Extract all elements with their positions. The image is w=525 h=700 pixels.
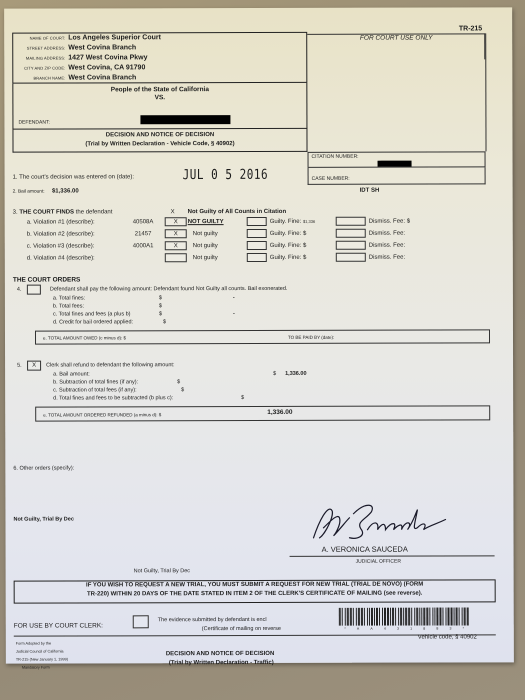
- guilty-checkbox[interactable]: [247, 253, 267, 262]
- court-info-label: CITY AND ZIP CODE:: [13, 63, 68, 73]
- court-orders-heading: THE COURT ORDERS: [13, 276, 81, 283]
- order-line-label: d. Credit for bail ordered applied:: [53, 319, 133, 325]
- defendant-label: DEFENDANT:: [18, 120, 49, 126]
- total-refunded-label: e. TOTAL AMOUNT ORDERED REFUNDED (a minu…: [43, 412, 161, 417]
- order-line-dollar: $: [241, 395, 244, 401]
- item5-label: Clerk shall refund to defendant the foll…: [46, 362, 174, 368]
- dismiss-checkbox[interactable]: [336, 217, 366, 226]
- order-line-dollar: $: [273, 371, 276, 377]
- court-info-value: 1427 West Covina Pkwy: [68, 53, 147, 63]
- court-form-page: TR-215 NAME OF COURT:Los Angeles Superio…: [4, 7, 514, 663]
- court-info-label: BRANCH NAME:: [13, 73, 68, 83]
- court-use-only-border: [485, 33, 486, 151]
- violation-code: 21457: [135, 231, 152, 237]
- versus-label: VS.: [12, 94, 307, 102]
- vehicle-code-ref: Vehicle code, § 40902: [418, 634, 477, 640]
- evidence-note: The evidence submitted by defendant is e…: [158, 617, 267, 623]
- dismiss-fee-label: Dismiss. Fee:: [369, 243, 405, 249]
- certificate-note: (Certificate of mailing on reverse: [202, 626, 281, 632]
- order-line-dollar: $: [159, 295, 162, 301]
- dismiss-checkbox[interactable]: [336, 241, 366, 250]
- judge-signature: [305, 499, 455, 549]
- citation-number-redacted: [378, 161, 412, 167]
- barcode-char: *: [463, 626, 464, 630]
- new-trial-notice-line1: IF YOU WISH TO REQUEST A NEW TRIAL, YOU …: [14, 581, 496, 588]
- footer-subtitle: (Trial by Written Declaration - Traffic): [169, 660, 274, 666]
- bail-amount-label: 2. Bail amount:: [13, 190, 45, 195]
- court-finds-heading: 3. THE COURT FINDS the defendant: [13, 209, 113, 215]
- order-line-label: d. Total fines and fees to be subtracted…: [53, 395, 173, 401]
- not-guilty-checkbox[interactable]: X: [165, 229, 187, 238]
- order-line-value: -: [233, 311, 235, 317]
- plaintiff-name: People of the State of California: [12, 86, 307, 94]
- not-guilty-checkbox[interactable]: X: [165, 241, 187, 250]
- court-info-label: STREET ADDRESS:: [13, 43, 68, 53]
- case-number-label: CASE NUMBER:: [312, 176, 350, 182]
- dismiss-fee-label: Dismiss. Fee:: [369, 231, 405, 237]
- court-clerk-label: FOR USE BY COURT CLERK:: [14, 622, 103, 629]
- not-guilty-label: NOT GUILTY: [188, 219, 224, 225]
- guilty-fine-value: $1,336: [303, 219, 315, 224]
- violation-label: d. Violation #4 (describe):: [27, 255, 95, 261]
- judge-name: A. VERONICA SAUCEDA: [322, 545, 408, 554]
- judge-title: JUDICIAL OFFICER: [356, 559, 401, 565]
- item5-checkbox[interactable]: X: [27, 361, 41, 371]
- violation-label: a. Violation #1 (describe):: [27, 219, 95, 225]
- barcode-char: 1: [410, 627, 412, 631]
- barcode-char: A: [370, 627, 372, 631]
- order-line-dollar: $: [177, 379, 180, 385]
- order-line-dollar: $: [159, 311, 162, 317]
- form-subtitle: (Trial by Written Declaration - Vehicle …: [12, 141, 307, 148]
- guilty-checkbox[interactable]: [247, 217, 267, 226]
- order-line-dollar: $: [181, 387, 184, 393]
- guilty-fine-label: Guilty. Fine: $: [270, 243, 307, 249]
- court-info-box: NAME OF COURT:Los Angeles Superior Court…: [12, 32, 307, 84]
- decision-date-stamp: JUL 0 5 2016: [183, 166, 269, 182]
- barcode-image: [339, 607, 470, 625]
- item4-prefix: 4.: [17, 287, 22, 293]
- violation-code: 40508A: [133, 219, 154, 225]
- guilty-fine-label: Guilty. Fine: $: [270, 231, 307, 237]
- item4-label: Defendant shall pay the following amount…: [50, 286, 288, 293]
- violation-code: 4000A1: [133, 243, 154, 249]
- case-code: IDT SH: [360, 188, 380, 194]
- guilty-checkbox[interactable]: [247, 229, 267, 238]
- barcode-text: *AA431883*: [339, 626, 470, 630]
- order-line-label: b. Total fees:: [53, 303, 84, 309]
- order-line-dollar: $: [159, 303, 162, 309]
- guilty-fine-label: Guilty. Fine: $: [270, 255, 307, 261]
- barcode-char: 4: [384, 627, 386, 631]
- court-use-only-label: FOR COURT USE ONLY: [307, 34, 485, 41]
- court-info-value: West Covina, CA 91790: [68, 63, 145, 73]
- guilty-fine-label: Guilty. Fine: $1,336: [270, 219, 315, 225]
- barcode-char: 8: [423, 627, 425, 631]
- total-refunded-value: 1,336.00: [267, 409, 292, 416]
- disposition-note-secondary: Not Guilty, Trial By Dec: [134, 568, 190, 574]
- not-guilty-label: Not guilty: [193, 243, 218, 249]
- adopted-line3: TR-215 (New January 1, 1999): [16, 658, 68, 662]
- item5-lines: a. Bail amount: $ 1,336.00 b. Subtractio…: [4, 7, 512, 8]
- dismiss-fee-label: Dismiss. Fee:: [369, 255, 405, 261]
- barcode-char: 3: [397, 627, 399, 631]
- order-line-dollar: $: [163, 319, 166, 325]
- decision-date-label: 1. The court's decision was entered on (…: [13, 174, 134, 180]
- order-line-label: c. Total fines and fees (a plus b): [53, 311, 131, 317]
- other-orders-label: 6. Other orders (specify):: [13, 465, 74, 471]
- order-line-label: c. Subtraction of total fees (if any):: [53, 387, 136, 393]
- dismiss-fee-label: Dismiss. Fee: $: [369, 219, 410, 225]
- signature-line: [290, 555, 495, 557]
- court-info-value: West Covina Branch: [68, 73, 136, 83]
- not-guilty-checkbox[interactable]: [165, 253, 187, 262]
- violation-label: b. Violation #2 (describe):: [27, 231, 95, 237]
- violations-list: a. Violation #1 (describe): 40508A X NOT…: [4, 7, 512, 8]
- item5-prefix: 5.: [17, 363, 22, 369]
- order-line-label: a. Total fines:: [53, 295, 85, 301]
- dismiss-checkbox[interactable]: [336, 229, 366, 238]
- not-guilty-label: Not guilty: [193, 231, 218, 237]
- adopted-line2: Judicial Council of California: [16, 650, 64, 654]
- court-info-value: Los Angeles Superior Court: [68, 33, 161, 43]
- defendant-name-redacted: [140, 115, 230, 124]
- dismiss-checkbox[interactable]: [336, 253, 366, 262]
- disposition-note: Not Guilty, Trial By Dec: [13, 516, 73, 522]
- all-counts-label: Not Guilty of All Counts in Citation: [188, 209, 286, 215]
- violation-label: c. Violation #3 (describe):: [27, 243, 95, 249]
- order-line-value: 1,336.00: [285, 371, 306, 377]
- not-guilty-label: Not guilty: [193, 255, 218, 261]
- item4-lines: a. Total fines: $ - b. Total fees: $ c. …: [4, 7, 512, 8]
- form-title: DECISION AND NOTICE OF DECISION: [12, 132, 307, 139]
- barcode-char: 8: [436, 627, 438, 631]
- not-guilty-checkbox[interactable]: X: [165, 217, 187, 226]
- court-info-value: West Covina Branch: [68, 43, 136, 53]
- citation-number-label: CITATION NUMBER:: [312, 154, 359, 160]
- barcode-char: A: [357, 627, 359, 631]
- court-info-label: NAME OF COURT:: [13, 33, 68, 43]
- all-counts-mark: X: [171, 209, 175, 215]
- guilty-checkbox[interactable]: [247, 241, 267, 250]
- bail-amount-row: 2. Bail amount: $1,336.00: [13, 188, 79, 194]
- order-line-label: a. Bail amount:: [53, 371, 90, 377]
- form-number: TR-215: [459, 25, 482, 32]
- bail-amount-value: $1,336.00: [52, 188, 79, 194]
- adopted-line4: Mandatory Form: [22, 666, 50, 670]
- clerk-checkbox[interactable]: [133, 615, 149, 628]
- barcode-char: *: [344, 627, 345, 631]
- adopted-line1: Form Adopted by the: [16, 642, 51, 646]
- new-trial-notice-line2: TR-220) WITHIN 20 DAYS OF THE DATE STATE…: [14, 590, 496, 597]
- footer-title: DECISION AND NOTICE OF DECISION: [166, 651, 274, 657]
- paid-by-label: TO BE PAID BY (date):: [288, 335, 334, 340]
- order-line-label: b. Subtraction of total fines (if any):: [53, 379, 138, 385]
- item4-checkbox[interactable]: [27, 285, 41, 295]
- total-owed-label: e. TOTAL AMOUNT OWED (c minus d): $: [43, 335, 126, 340]
- court-info-label: MAILING ADDRESS:: [13, 53, 68, 63]
- barcode-char: 3: [450, 626, 452, 630]
- order-line-value: -: [233, 295, 235, 301]
